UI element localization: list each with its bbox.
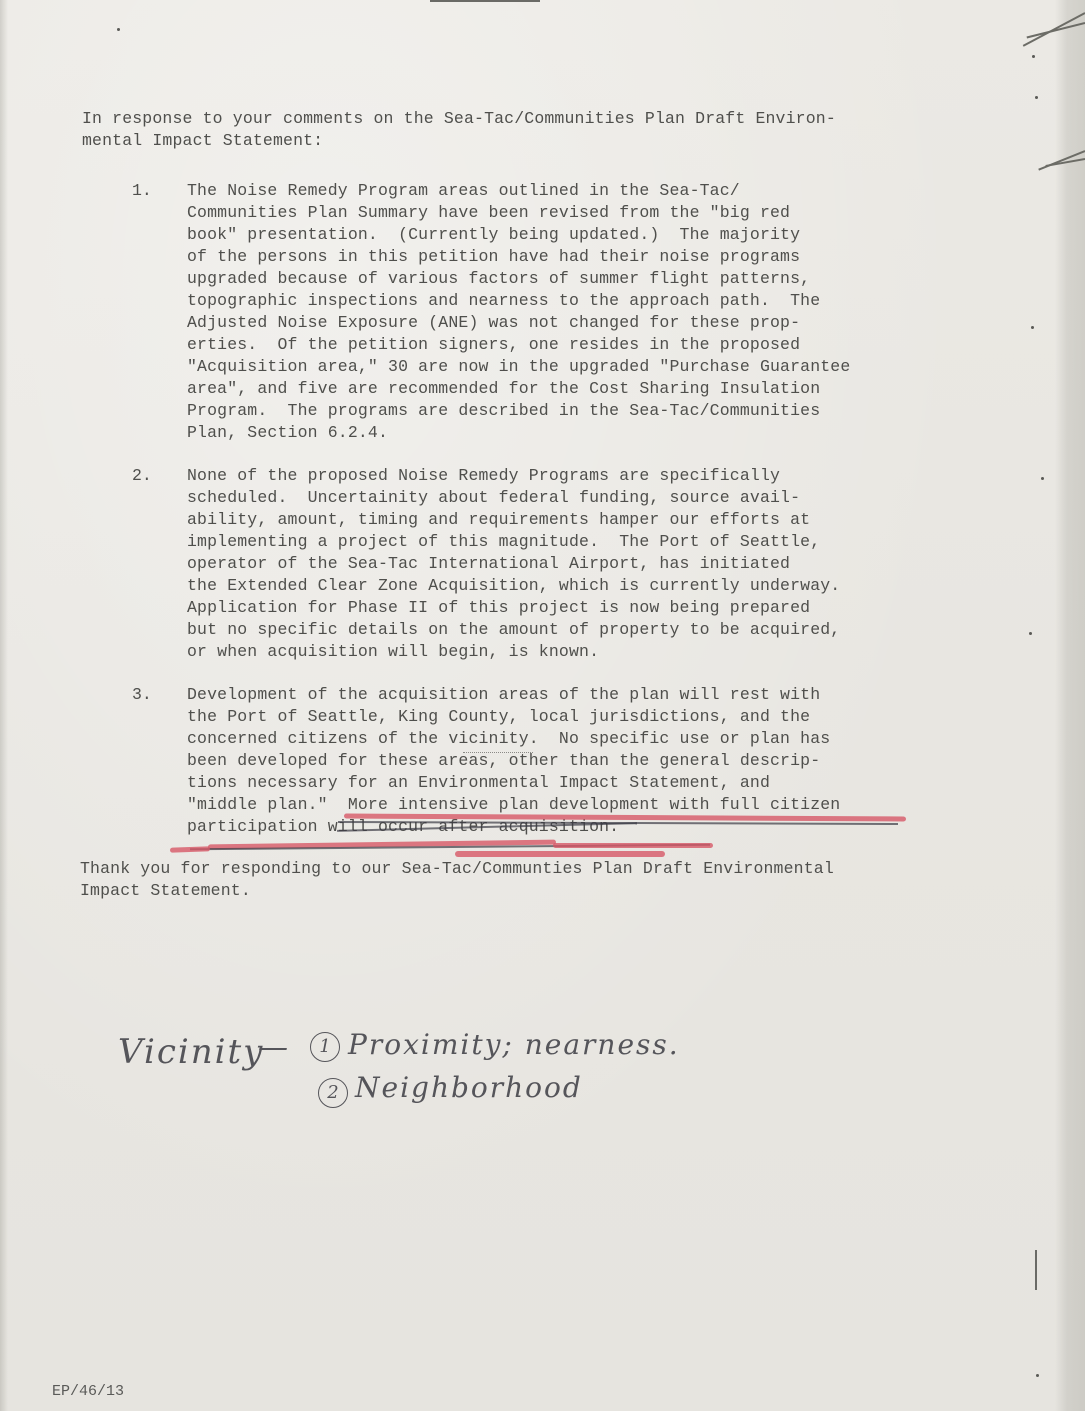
list-item-number: 3.: [132, 684, 152, 706]
handwritten-definition-1: Proximity; nearness.: [348, 1028, 680, 1061]
list-item-text: The Noise Remedy Program areas outlined …: [187, 180, 850, 444]
circled-number-1: 1: [310, 1032, 340, 1062]
closing-paragraph: Thank you for responding to our Sea-Tac/…: [80, 858, 834, 902]
margin-pencil-mark: [1035, 1250, 1037, 1290]
margin-speck: [1032, 55, 1035, 58]
list-item-number: 2.: [132, 465, 152, 487]
top-edge-mark: [430, 0, 540, 2]
margin-speck: [1029, 632, 1032, 635]
margin-speck: [1031, 326, 1034, 329]
margin-speck: [117, 28, 120, 31]
scan-right-edge: [1055, 0, 1085, 1411]
circled-number-2: 2: [318, 1078, 348, 1108]
list-item-text: None of the proposed Noise Remedy Progra…: [187, 465, 840, 663]
handwritten-dash: —: [258, 1030, 290, 1065]
document-page: In response to your comments on the Sea-…: [0, 0, 1085, 1411]
list-item-number: 1.: [132, 180, 152, 202]
handwritten-term: Vicinity: [118, 1032, 264, 1072]
margin-speck: [1041, 477, 1044, 480]
red-marker-underline: [455, 851, 665, 857]
pencil-underline-vicinity: [463, 752, 533, 756]
margin-speck: [1035, 96, 1038, 99]
margin-speck: [1036, 1374, 1039, 1377]
handwritten-definition-2: Neighborhood: [355, 1071, 583, 1104]
red-marker-underline: [170, 846, 210, 852]
intro-paragraph: In response to your comments on the Sea-…: [82, 108, 836, 152]
scan-left-edge: [0, 0, 8, 1411]
reference-code: EP/46/13: [52, 1383, 124, 1400]
red-marker-underline: [553, 843, 713, 848]
